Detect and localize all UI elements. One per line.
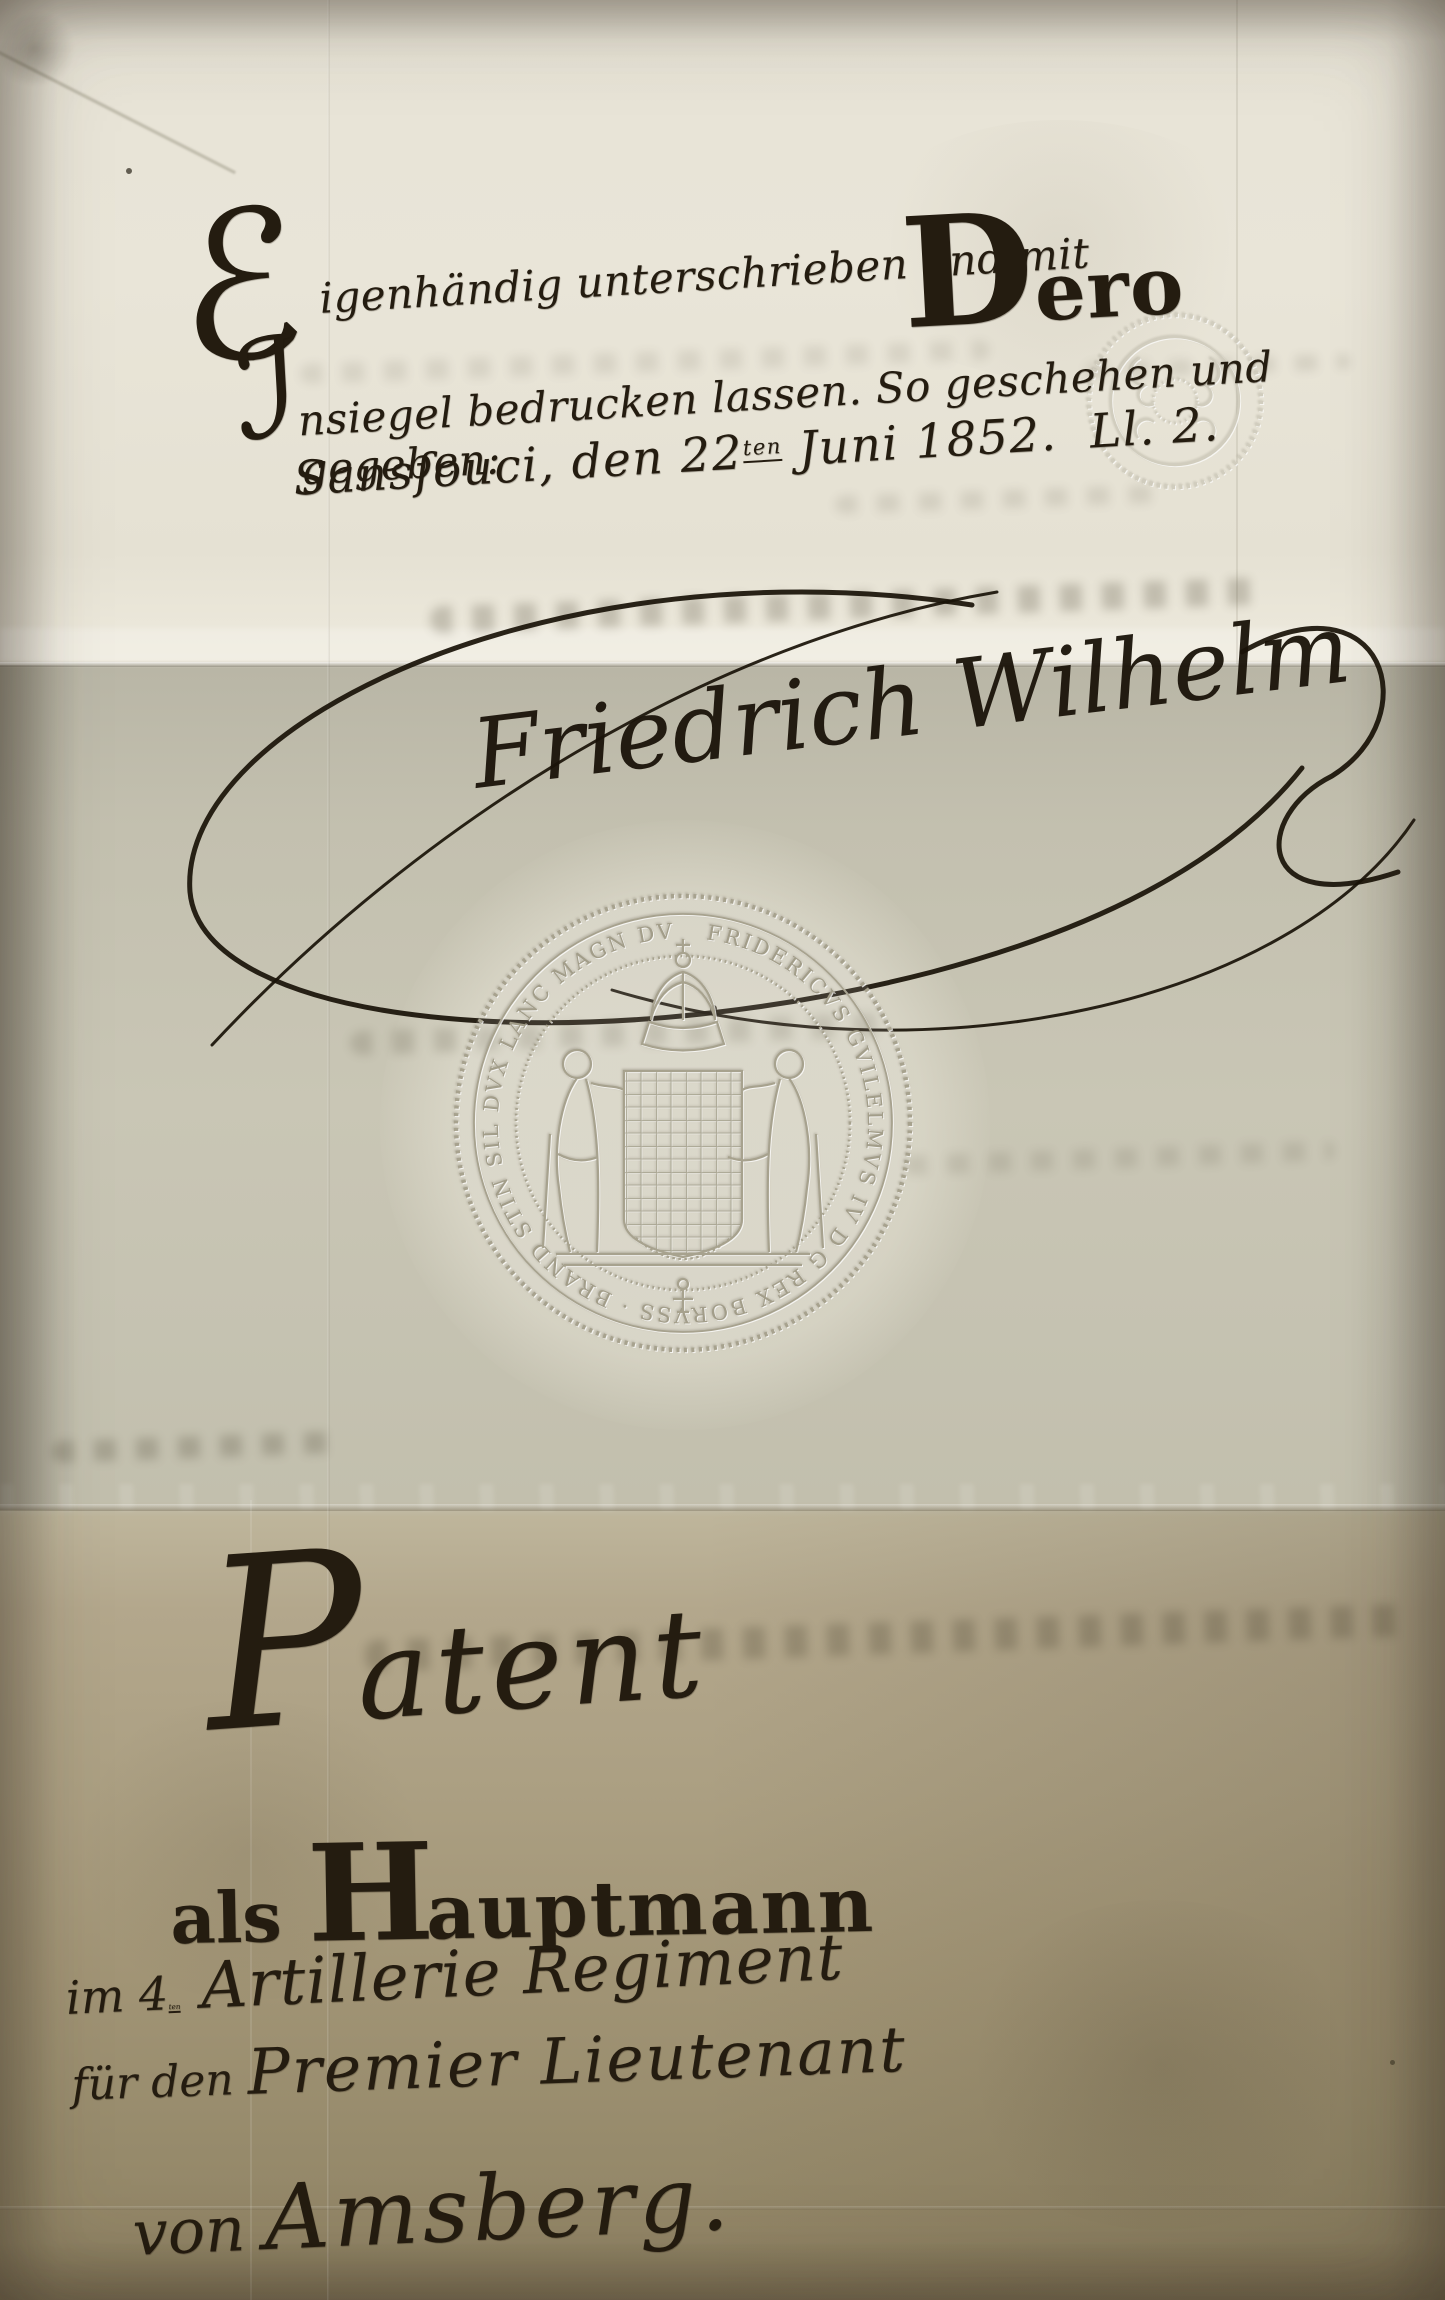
edge-shadow-left [0, 665, 80, 1510]
date-ordinal-suffix: ten [742, 433, 783, 463]
patent-title: Patent [198, 1521, 713, 1759]
patent-title-initial: P [198, 1545, 371, 1741]
ink-speck [126, 168, 132, 174]
recipient-name-line: von Amsberg. [130, 2146, 735, 2277]
closing-initial-i: ℐ [232, 326, 304, 454]
ink-speck [1390, 2060, 1395, 2065]
recipient-line: für den Premier Lieutenant [70, 2013, 908, 2115]
recipient-prefix: für den [71, 2054, 249, 2111]
recipient-name: Amsberg. [262, 2146, 735, 2271]
recipient-rank: Premier Lieutenant [246, 2013, 908, 2109]
fold-wrinkles [0, 1484, 1445, 1510]
unit-ordinal-suffix: ten [168, 2003, 180, 2014]
seal-shield [624, 1071, 742, 1257]
date-prefix: den 22 [553, 425, 744, 491]
recipient-name-prefix: von [131, 2191, 266, 2270]
bleed-through-smudge [52, 1431, 338, 1463]
patent-document-photo: ℰ igenhändig unterschrieben und mit Dero… [0, 0, 1445, 2300]
patent-title-rest: atent [352, 1582, 713, 1748]
rank-initial: H [306, 1842, 434, 1945]
bleed-through-smudge [905, 1141, 1335, 1176]
corner-stain [0, 14, 78, 84]
royal-blind-embossed-seal: FRIDERICVS GVILELMVS IV D G REX BORVSS ·… [446, 886, 920, 1360]
signature-name-text: Friedrich Wilhelm [464, 592, 1356, 811]
unit-prefix: im 4 [65, 1966, 170, 2025]
paper-blotch [950, 1900, 1370, 2230]
